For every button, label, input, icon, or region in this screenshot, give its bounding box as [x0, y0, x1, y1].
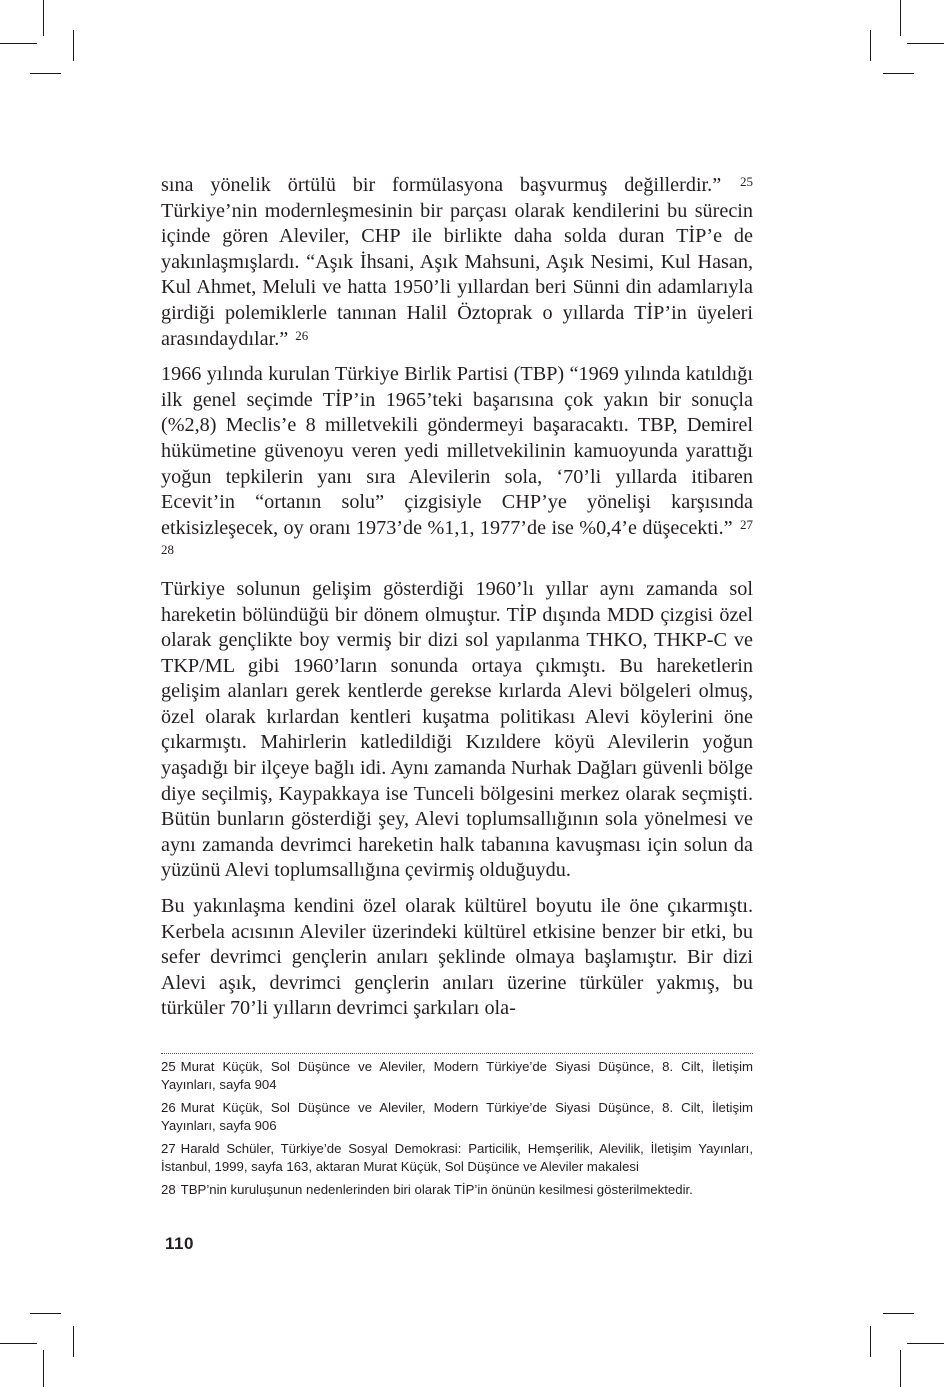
footnote-number: 28	[161, 1182, 176, 1197]
footnote-text: Harald Schüler, Türkiye’de Sosyal Demokr…	[161, 1141, 753, 1174]
crop-mark	[907, 1343, 944, 1344]
paragraph: sına yönelik örtülü bir formülasyona baş…	[161, 173, 753, 352]
footnote: 26Murat Küçük, Sol Düşünce ve Aleviler, …	[161, 1099, 753, 1135]
paragraph-text: 1966 yılında kurulan Türkiye Birlik Part…	[161, 363, 753, 539]
crop-mark	[30, 73, 61, 74]
paragraph-text: Türkiye solunun gelişim gösterdiği 1960’…	[161, 578, 753, 882]
footnote: 25Murat Küçük, Sol Düşünce ve Aleviler, …	[161, 1058, 753, 1094]
footnote-text: TBP’nin kuruluşunun nedenlerinden biri o…	[181, 1182, 693, 1197]
paragraph: Bu yakınlaşma kendini özel olarak kültür…	[161, 894, 753, 1022]
paragraph: Türkiye solunun gelişim gösterdiği 1960’…	[161, 577, 753, 884]
page-number: 110	[165, 1234, 194, 1254]
footnote-ref[interactable]: 25	[740, 174, 753, 189]
footnote: 28TBP’nin kuruluşunun nedenlerinden biri…	[161, 1181, 753, 1199]
crop-mark	[900, 0, 901, 36]
crop-mark	[43, 0, 44, 36]
footnotes: 25Murat Küçük, Sol Düşünce ve Aleviler, …	[161, 1053, 753, 1204]
crop-mark	[883, 73, 914, 74]
crop-mark	[907, 43, 944, 44]
footnote: 27Harald Schüler, Türkiye’de Sosyal Demo…	[161, 1140, 753, 1176]
footnote-text: Murat Küçük, Sol Düşünce ve Aleviler, Mo…	[161, 1059, 753, 1092]
crop-mark	[43, 1350, 44, 1387]
crop-mark	[870, 1326, 871, 1357]
footnote-number: 26	[161, 1100, 176, 1115]
crop-mark	[883, 1313, 914, 1314]
crop-mark	[900, 1350, 901, 1387]
footnote-number: 27	[161, 1141, 176, 1156]
footnote-number: 25	[161, 1059, 176, 1074]
footnote-text: Murat Küçük, Sol Düşünce ve Aleviler, Mo…	[161, 1100, 753, 1133]
paragraph-text: Bu yakınlaşma kendini özel olarak kültür…	[161, 895, 753, 1019]
crop-mark	[73, 1326, 74, 1357]
paragraph: 1966 yılında kurulan Türkiye Birlik Part…	[161, 362, 753, 567]
crop-mark	[0, 43, 37, 44]
crop-mark	[30, 1313, 61, 1314]
body-text: sına yönelik örtülü bir formülasyona baş…	[161, 173, 753, 1032]
crop-mark	[0, 1343, 37, 1344]
crop-mark	[73, 30, 74, 61]
paragraph-text: sına yönelik örtülü bir formülasyona baş…	[161, 174, 738, 196]
paragraph-text: Türkiye’nin modernleşmesinin bir parçası…	[161, 200, 753, 350]
footnote-ref[interactable]: 26	[295, 328, 308, 343]
crop-mark	[870, 30, 871, 61]
